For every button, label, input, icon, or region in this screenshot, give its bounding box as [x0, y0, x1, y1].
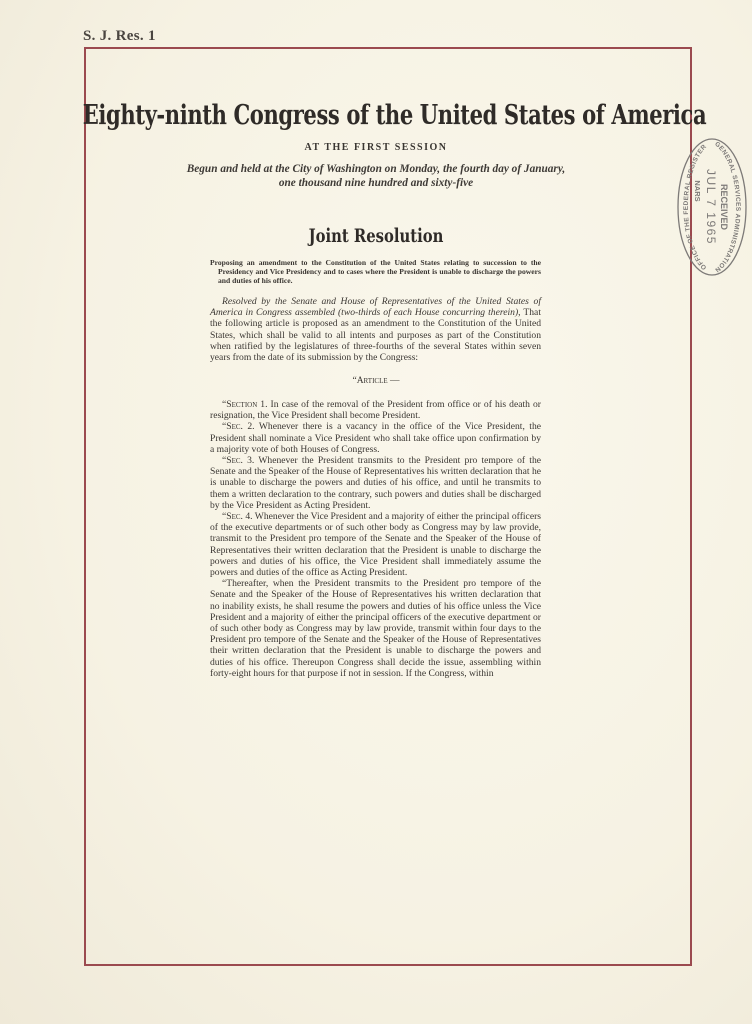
received-stamp: GENERAL SERVICES ADMINISTRATION OFFICE O… [676, 137, 748, 277]
stamp-agency: NARS [693, 180, 702, 201]
section-paragraph: “Section 1. In case of the removal of th… [210, 399, 541, 421]
document-id: S. J. Res. 1 [83, 28, 156, 45]
section-text: Whenever the Vice President and a majori… [210, 511, 541, 578]
section-paragraph: “Sec. 3. Whenever the President transmit… [210, 455, 541, 511]
congress-title: Eighty-ninth Congress of the United Stat… [83, 100, 670, 131]
session-label: AT THE FIRST SESSION [0, 142, 752, 153]
joint-resolution-heading: Joint Resolution [83, 225, 670, 247]
proposing-clause: Proposing an amendment to the Constituti… [210, 258, 541, 285]
begun-line-2: one thousand nine hundred and sixty-five [0, 176, 752, 190]
section-label: “Section 1. [222, 399, 268, 410]
section-paragraph: “Thereafter, when the President transmit… [210, 578, 541, 679]
resolving-clause-italic: Resolved by the Senate and House of Repr… [210, 296, 541, 318]
section-text: Whenever the President transmits to the … [210, 455, 541, 511]
resolving-clause: Resolved by the Senate and House of Repr… [210, 296, 541, 363]
section-text: Whenever there is a vacancy in the offic… [210, 421, 541, 454]
article-sections: “Section 1. In case of the removal of th… [210, 399, 541, 679]
section-label: “Sec. 4. [222, 511, 253, 522]
section-paragraph: “Sec. 4. Whenever the Vice President and… [210, 511, 541, 578]
stamp-status: RECEIVED [719, 184, 729, 231]
section-label: “Thereafter, [222, 578, 268, 589]
section-text: when the President transmits to the Pres… [210, 578, 541, 679]
begun-statement: Begun and held at the City of Washington… [0, 162, 752, 190]
stamp-date: JUL 7 1965 [704, 169, 718, 245]
section-paragraph: “Sec. 2. Whenever there is a vacancy in … [210, 421, 541, 455]
section-label: “Sec. 2. [222, 421, 255, 432]
begun-line-1: Begun and held at the City of Washington… [0, 162, 752, 176]
section-label: “Sec. 3. [222, 455, 254, 466]
article-heading: “Article — [0, 376, 752, 386]
